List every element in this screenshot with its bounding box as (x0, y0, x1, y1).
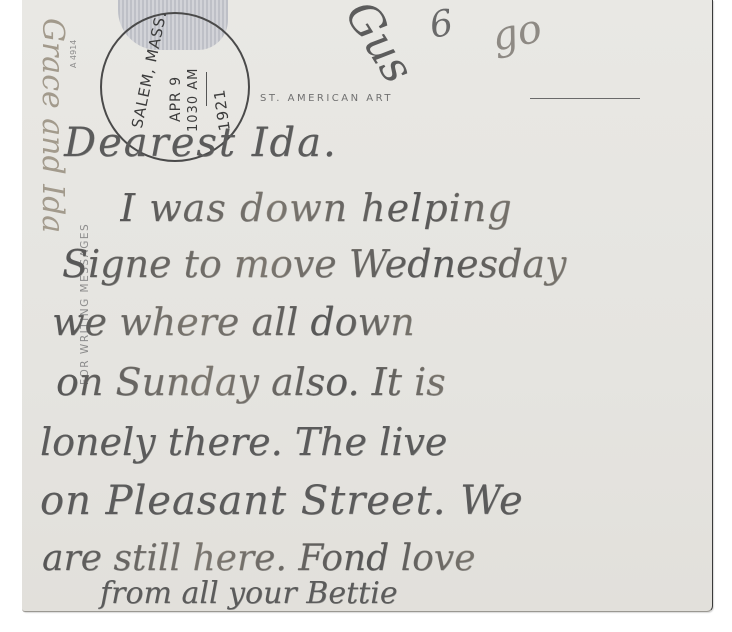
top-note-1: Gus (335, 0, 424, 92)
message-salutation: Dearest Ida. (64, 120, 338, 166)
printed-header: ST. AMERICAN ART (260, 93, 393, 104)
message-line: are still here. Fond love (42, 538, 475, 579)
postmark-divider (206, 72, 207, 106)
top-note-3: go (488, 5, 546, 60)
message-signature: from all your Bettie (100, 576, 398, 611)
top-note-2: 6 (427, 2, 457, 46)
message-line: on Sunday also. It is (56, 360, 446, 404)
message-line: lonely there. The live (40, 420, 447, 464)
postmark-date: APR 9 (168, 76, 184, 122)
message-line: we where all down (52, 300, 415, 344)
postcard: SALEM, MASS. APR 9 1030 AM 1921 ST. AMER… (22, 0, 713, 612)
postmark-town: SALEM, MASS. (128, 9, 170, 130)
message-line: on Pleasant Street. We (40, 478, 524, 524)
card-number: A 4914 (69, 40, 78, 68)
header-rule (530, 98, 640, 99)
message-line: I was down helping (120, 186, 513, 230)
message-line: Signe to move Wednesday (62, 242, 566, 286)
